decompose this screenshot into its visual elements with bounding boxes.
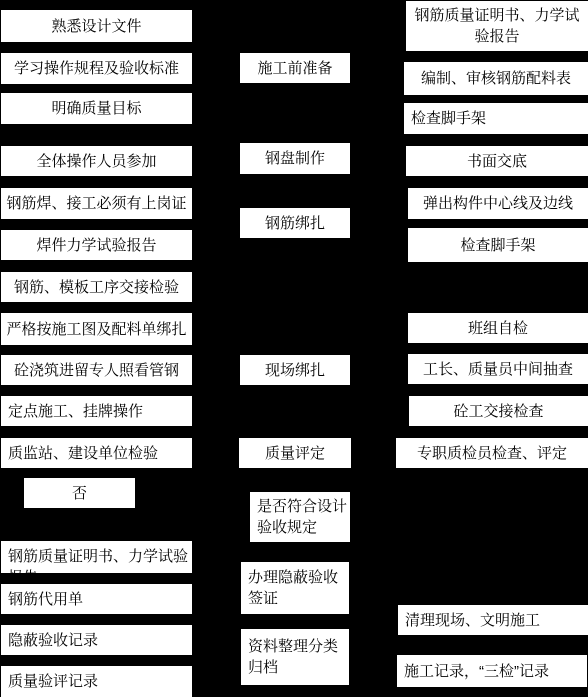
node-label: 检查脚手架 bbox=[411, 108, 486, 129]
node-label: 班组自检 bbox=[468, 318, 528, 339]
node-label: 全体操作人员参加 bbox=[36, 151, 156, 172]
node-label: 钢筋、模板工序交接检验 bbox=[14, 277, 179, 298]
node-label: 资料整理分类 bbox=[248, 636, 338, 657]
node-hidden-acceptance-visa: 办理隐蔽验收签证 bbox=[241, 562, 349, 614]
node-prepare-batching-list: 编制、审核钢筋配料表 bbox=[404, 62, 588, 95]
node-label: 施工记录，“三检”记录 bbox=[404, 661, 549, 682]
node-label: 钢筋焊、接工必须有上岗证 bbox=[6, 193, 186, 214]
node-label: 钢盘制作 bbox=[265, 148, 325, 169]
node-check-scaffold-1: 检查脚手架 bbox=[404, 103, 588, 134]
node-team-self-check: 班组自检 bbox=[408, 313, 588, 343]
node-label: 熟悉设计文件 bbox=[51, 16, 141, 37]
node-clarify-quality-goals: 明确质量目标 bbox=[1, 93, 192, 124]
node-label: 办理隐蔽验收 bbox=[248, 567, 338, 588]
node-fixed-point-sign-operation: 定点施工、挂牌操作 bbox=[1, 396, 192, 426]
node-label: 隐蔽验收记录 bbox=[8, 630, 98, 651]
node-label: 编制、审核钢筋配料表 bbox=[421, 68, 571, 89]
node-label: 钢筋代用单 bbox=[8, 589, 83, 610]
node-construction-records: 施工记录，“三检”记录 bbox=[397, 655, 587, 687]
node-rebar-binding: 钢筋绑扎 bbox=[240, 208, 350, 238]
node-label: 明确质量目标 bbox=[51, 98, 141, 119]
node-label: 砼浇筑进留专人照看管钢 bbox=[14, 360, 179, 381]
node-concrete-pour-rebar-watch: 砼浇筑进留专人照看管钢 bbox=[1, 355, 192, 385]
node-label: 工长、质量员中间抽查 bbox=[423, 359, 573, 380]
node-bind-per-drawings: 严格按施工图及配料单绑扎 bbox=[1, 313, 192, 345]
node-all-operators-participate: 全体操作人员参加 bbox=[1, 146, 192, 176]
node-label: 报告 bbox=[8, 567, 38, 573]
node-label: 是否符合设计 bbox=[257, 496, 347, 517]
node-label: 焊件力学试验报告 bbox=[36, 235, 156, 256]
node-label: 质监站、建设单位检验 bbox=[8, 443, 158, 464]
node-label: 钢筋质量证明书、力学试验 bbox=[8, 546, 188, 567]
node-station-owner-inspection: 质监站、建设单位检验 bbox=[1, 438, 192, 468]
node-label: 质量评定 bbox=[265, 443, 325, 464]
node-rebar-cert-test-report: 钢筋质量证明书、力学试验报告 bbox=[1, 541, 192, 573]
node-site-binding: 现场绑扎 bbox=[240, 355, 350, 385]
node-welders-certified: 钢筋焊、接工必须有上岗证 bbox=[1, 188, 192, 219]
node-foreman-mid-spot-check: 工长、质量员中间抽查 bbox=[408, 354, 588, 384]
node-learn-procedures-standards: 学习操作规程及验收标准 bbox=[1, 53, 192, 84]
node-label: 归档 bbox=[248, 657, 278, 678]
node-rebar-substitution-sheet: 钢筋代用单 bbox=[1, 584, 192, 614]
node-label: 签证 bbox=[248, 588, 278, 609]
node-hidden-acceptance-record: 隐蔽验收记录 bbox=[1, 625, 192, 655]
node-label: 验收规定 bbox=[257, 517, 317, 538]
node-site-cleanup-civilized: 清理现场、文明施工 bbox=[398, 605, 588, 635]
node-label: 钢筋质量证明书、力学试 bbox=[414, 5, 579, 26]
node-archive-documents: 资料整理分类归档 bbox=[241, 629, 349, 685]
node-snap-center-edge-lines: 弹出构件中心线及边线 bbox=[408, 188, 588, 219]
node-concrete-handover-check: 砼工交接检查 bbox=[409, 396, 588, 426]
node-label: 书面交底 bbox=[467, 151, 527, 172]
node-meets-design-acceptance: 是否符合设计验收规定 bbox=[250, 492, 350, 542]
node-familiarize-design-docs: 熟悉设计文件 bbox=[1, 10, 192, 42]
node-label: 专职质检员检查、评定 bbox=[417, 443, 567, 464]
flowchart-canvas: 熟悉设计文件学习操作规程及验收标准明确质量目标全体操作人员参加钢筋焊、接工必须有… bbox=[0, 0, 588, 697]
node-steel-fabrication: 钢盘制作 bbox=[240, 143, 350, 174]
node-written-briefing: 书面交底 bbox=[406, 146, 588, 176]
node-label: 严格按施工图及配料单绑扎 bbox=[6, 319, 186, 340]
node-no-branch: 否 bbox=[24, 478, 135, 508]
node-process-handover-inspect: 钢筋、模板工序交接检验 bbox=[1, 272, 192, 302]
node-label: 否 bbox=[72, 483, 87, 504]
node-quality-assessment: 质量评定 bbox=[239, 438, 351, 468]
node-label: 定点施工、挂牌操作 bbox=[8, 401, 143, 422]
node-label: 钢筋绑扎 bbox=[265, 213, 325, 234]
node-pre-construction-prep: 施工前准备 bbox=[240, 53, 350, 83]
node-label: 检查脚手架 bbox=[460, 235, 535, 256]
node-label: 学习操作规程及验收标准 bbox=[14, 58, 179, 79]
node-label: 弹出构件中心线及边线 bbox=[423, 193, 573, 214]
node-rebar-quality-certificate: 钢筋质量证明书、力学试验报告 bbox=[406, 1, 588, 51]
node-label: 质量验评记录 bbox=[8, 671, 98, 692]
node-check-scaffold-2: 检查脚手架 bbox=[408, 228, 588, 262]
node-label: 施工前准备 bbox=[257, 58, 332, 79]
node-label: 砼工交接检查 bbox=[453, 401, 543, 422]
node-quality-evaluation-record: 质量验评记录 bbox=[1, 666, 192, 697]
node-weld-mechanical-test-report: 焊件力学试验报告 bbox=[1, 230, 192, 260]
node-qc-inspector-assessment: 专职质检员检查、评定 bbox=[396, 438, 588, 468]
node-label: 验报告 bbox=[474, 26, 519, 47]
node-label: 现场绑扎 bbox=[265, 360, 325, 381]
node-label: 清理现场、文明施工 bbox=[405, 610, 540, 631]
